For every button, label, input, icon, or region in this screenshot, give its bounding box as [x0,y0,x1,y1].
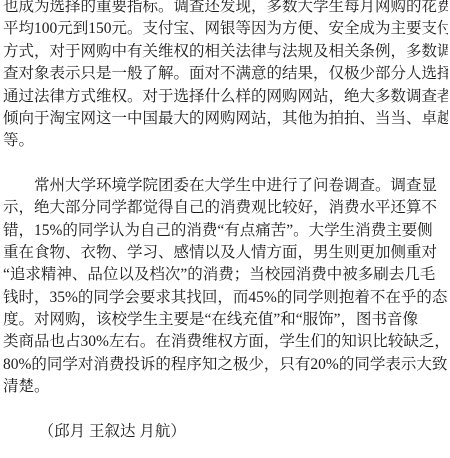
text-line: 也成为选择的重要指标。调查还发现，多数大学生每月网购的花费 [3,0,448,18]
text-line: 倾向于淘宝网这一中国最大的网购网站，其他为拍拍、当当、卓越 [3,108,448,130]
text-line: 常州大学环境学院团委在大学生中进行了问卷调查。调查显 [3,175,448,197]
text-line: 类商品也占30%左右。在消费维权方面，学生们的知识比较缺乏， [3,331,448,353]
text-line: 平均100元到150元。支付宝、网银等因为方便、安全成为主要支付 [3,18,448,40]
text-line: 重在食物、衣物、学习、感情以及人情方面，男生则更加侧重对 [3,242,448,264]
document-body: 也成为选择的重要指标。调查还发现，多数大学生每月网购的花费 平均100元到150… [0,0,450,443]
text-line: 查对象表示只是一般了解。面对不满意的结果，仅极少部分人选择 [3,63,448,85]
paragraph-1: 也成为选择的重要指标。调查还发现，多数大学生每月网购的花费 平均100元到150… [3,0,448,153]
text-line: 80%的同学对消费投诉的程序知之极少，只有20%的同学表示大致 [3,354,448,376]
text-line: 清楚。 [3,376,448,398]
document-page: 也成为选择的重要指标。调查还发现，多数大学生每月网购的花费 平均100元到150… [0,0,450,458]
byline: （邱月 王叙达 月航） [3,421,448,443]
text-line: 方式，对于网购中有关维权的相关法律与法规及相关条例，多数调 [3,41,448,63]
text-line: 等。 [3,130,448,152]
paragraph-2: 常州大学环境学院团委在大学生中进行了问卷调查。调查显 示，绝大部分同学都觉得自己… [3,175,448,399]
text-line: 错，15%的同学认为自己的消费“有点痛苦”。大学生消费主要侧 [3,220,448,242]
text-line: “追求精神、品位以及档次”的消费；当校园消费中被多刷去几毛 [3,264,448,286]
byline-paragraph: （邱月 王叙达 月航） [3,421,448,443]
text-line: 示，绝大部分同学都觉得自己的消费观比较好，消费水平还算不 [3,197,448,219]
text-line: 钱时，35%的同学会要求其找回，而45%的同学则抱着不在乎的态 [3,287,448,309]
text-line: 通过法律方式维权。对于选择什么样的网购网站，绝大多数调查者 [3,86,448,108]
text-line: 度。对网购，该校学生主要是“在线充值”和“服饰”，图书音像 [3,309,448,331]
